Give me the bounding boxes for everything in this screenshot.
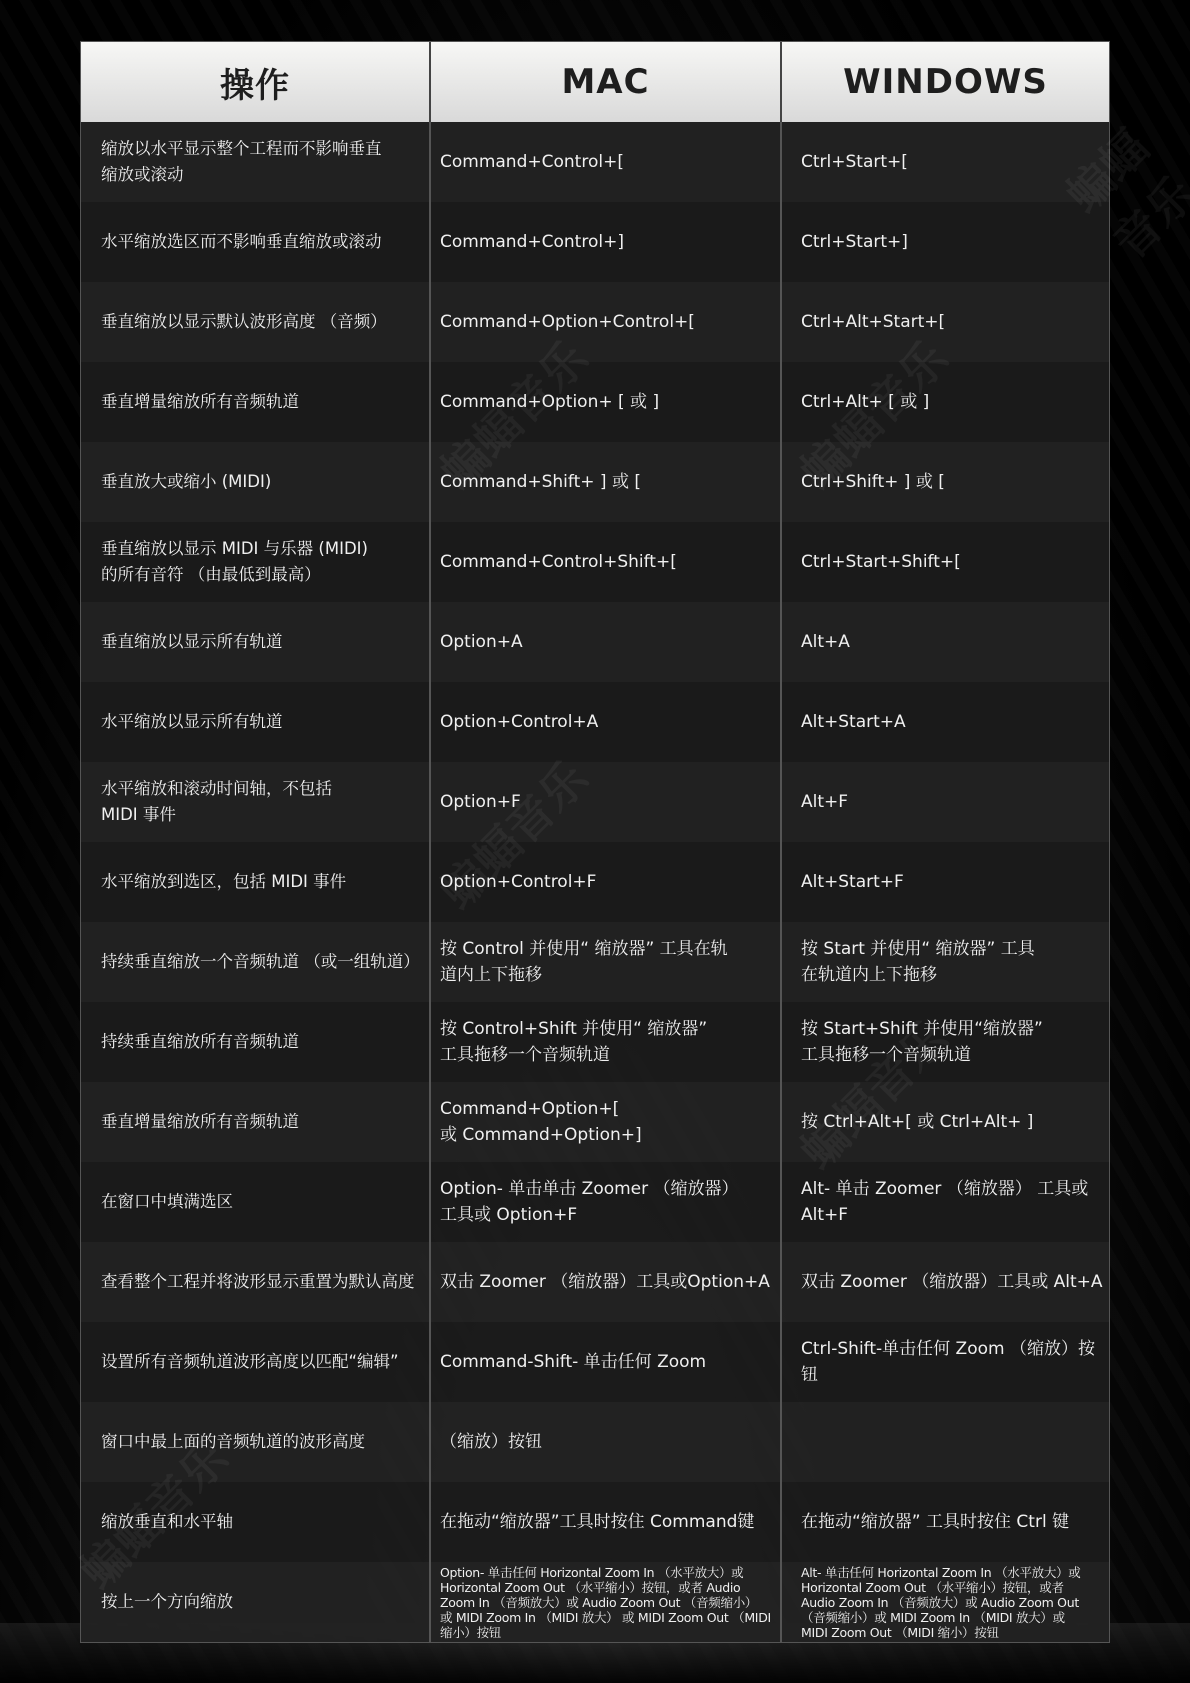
windows-shortcut-cell: Ctrl+Start+[ bbox=[780, 122, 1109, 202]
table-row: 缩放以水平显示整个工程而不影响垂直 缩放或滚动Command+Control+[… bbox=[81, 122, 1109, 202]
table-row: 持续垂直缩放所有音频轨道按 Control+Shift 并使用“ 缩放器” 工具… bbox=[81, 1002, 1109, 1082]
action-cell: 缩放垂直和水平轴 bbox=[81, 1482, 429, 1562]
windows-shortcut-cell bbox=[780, 1402, 1109, 1482]
windows-shortcut-cell: Alt+Start+A bbox=[780, 682, 1109, 762]
table-row: 持续垂直缩放一个音频轨道 （或一组轨道）按 Control 并使用“ 缩放器” … bbox=[81, 922, 1109, 1002]
mac-shortcut-cell: 在拖动“缩放器”工具时按住 Command键 bbox=[429, 1482, 780, 1562]
mac-shortcut-cell: Command+Option+[ 或 Command+Option+] bbox=[429, 1082, 780, 1162]
table-row: 缩放垂直和水平轴在拖动“缩放器”工具时按住 Command键在拖动“缩放器” 工… bbox=[81, 1482, 1109, 1562]
mac-shortcut-cell: 双击 Zoomer （缩放器）工具或Option+A bbox=[429, 1242, 780, 1322]
mac-shortcut-cell: Command+Shift+ ] 或 [ bbox=[429, 442, 780, 522]
table-row: 垂直缩放以显示默认波形高度 （音频）Command+Option+Control… bbox=[81, 282, 1109, 362]
mac-shortcut-cell: Command+Control+] bbox=[429, 202, 780, 282]
windows-shortcut-cell: Ctrl+Alt+Start+[ bbox=[780, 282, 1109, 362]
table-row: 水平缩放到选区，包括 MIDI 事件Option+Control+FAlt+St… bbox=[81, 842, 1109, 922]
action-cell: 查看整个工程并将波形显示重置为默认高度 bbox=[81, 1242, 429, 1322]
windows-shortcut-cell: Alt- 单击 Zoomer （缩放器） 工具或 Alt+F bbox=[780, 1162, 1109, 1242]
shortcut-table: 操作 MAC WINDOWS 缩放以水平显示整个工程而不影响垂直 缩放或滚动Co… bbox=[80, 41, 1110, 1643]
table-row: 设置所有音频轨道波形高度以匹配“编辑”Command-Shift- 单击任何 Z… bbox=[81, 1322, 1109, 1402]
mac-shortcut-cell: Option+Control+A bbox=[429, 682, 780, 762]
table-row: 垂直缩放以显示所有轨道Option+AAlt+A bbox=[81, 602, 1109, 682]
windows-shortcut-cell: Ctrl+Alt+ [ 或 ] bbox=[780, 362, 1109, 442]
action-cell: 垂直放大或缩小 (MIDI) bbox=[81, 442, 429, 522]
mac-shortcut-cell: Command-Shift- 单击任何 Zoom bbox=[429, 1322, 780, 1402]
action-cell: 垂直增量缩放所有音频轨道 bbox=[81, 1082, 429, 1162]
windows-shortcut-cell: Ctrl-Shift-单击任何 Zoom （缩放）按钮 bbox=[780, 1322, 1109, 1402]
header-windows: WINDOWS bbox=[780, 42, 1109, 122]
action-cell: 垂直缩放以显示 MIDI 与乐器 (MIDI) 的所有音符 （由最低到最高） bbox=[81, 522, 429, 602]
table-header: 操作 MAC WINDOWS bbox=[81, 42, 1109, 122]
table-row: 垂直放大或缩小 (MIDI)Command+Shift+ ] 或 [Ctrl+S… bbox=[81, 442, 1109, 522]
action-cell: 垂直缩放以显示默认波形高度 （音频） bbox=[81, 282, 429, 362]
mac-shortcut-cell: Option+Control+F bbox=[429, 842, 780, 922]
mac-shortcut-cell: Command+Control+Shift+[ bbox=[429, 522, 780, 602]
table-row: 在窗口中填满选区Option- 单击单击 Zoomer （缩放器） 工具或 Op… bbox=[81, 1162, 1109, 1242]
mac-shortcut-cell: Command+Option+Control+[ bbox=[429, 282, 780, 362]
action-cell: 水平缩放以显示所有轨道 bbox=[81, 682, 429, 762]
mac-shortcut-cell: Option- 单击任何 Horizontal Zoom In （水平放大）或 … bbox=[429, 1562, 780, 1642]
mac-shortcut-cell: Option+F bbox=[429, 762, 780, 842]
mac-shortcut-cell: （缩放）按钮 bbox=[429, 1402, 780, 1482]
table-row: 垂直增量缩放所有音频轨道Command+Option+[ 或 Command+O… bbox=[81, 1082, 1109, 1162]
action-cell: 水平缩放选区而不影响垂直缩放或滚动 bbox=[81, 202, 429, 282]
mac-shortcut-cell: 按 Control 并使用“ 缩放器” 工具在轨 道内上下拖移 bbox=[429, 922, 780, 1002]
table-row: 水平缩放以显示所有轨道Option+Control+AAlt+Start+A bbox=[81, 682, 1109, 762]
table-row: 水平缩放和滚动时间轴，不包括 MIDI 事件Option+FAlt+F bbox=[81, 762, 1109, 842]
mac-shortcut-cell: Command+Option+ [ 或 ] bbox=[429, 362, 780, 442]
header-mac: MAC bbox=[429, 42, 780, 122]
header-action: 操作 bbox=[81, 42, 429, 122]
action-cell: 在窗口中填满选区 bbox=[81, 1162, 429, 1242]
mac-shortcut-cell: Command+Control+[ bbox=[429, 122, 780, 202]
windows-shortcut-cell: 按 Start+Shift 并使用“缩放器” 工具拖移一个音频轨道 bbox=[780, 1002, 1109, 1082]
table-row: 按上一个方向缩放Option- 单击任何 Horizontal Zoom In … bbox=[81, 1562, 1109, 1642]
windows-shortcut-cell: Alt+Start+F bbox=[780, 842, 1109, 922]
action-cell: 水平缩放到选区，包括 MIDI 事件 bbox=[81, 842, 429, 922]
windows-shortcut-cell: Ctrl+Start+Shift+[ bbox=[780, 522, 1109, 602]
mac-shortcut-cell: 按 Control+Shift 并使用“ 缩放器” 工具拖移一个音频轨道 bbox=[429, 1002, 780, 1082]
table-row: 垂直增量缩放所有音频轨道Command+Option+ [ 或 ]Ctrl+Al… bbox=[81, 362, 1109, 442]
windows-shortcut-cell: Alt+A bbox=[780, 602, 1109, 682]
windows-shortcut-cell: 双击 Zoomer （缩放器）工具或 Alt+A bbox=[780, 1242, 1109, 1322]
windows-shortcut-cell: 按 Ctrl+Alt+[ 或 Ctrl+Alt+ ] bbox=[780, 1082, 1109, 1162]
windows-shortcut-cell: Alt+F bbox=[780, 762, 1109, 842]
action-cell: 垂直增量缩放所有音频轨道 bbox=[81, 362, 429, 442]
windows-shortcut-cell: Alt- 单击任何 Horizontal Zoom In （水平放大）或 Hor… bbox=[780, 1562, 1109, 1642]
action-cell: 水平缩放和滚动时间轴，不包括 MIDI 事件 bbox=[81, 762, 429, 842]
table-row: 垂直缩放以显示 MIDI 与乐器 (MIDI) 的所有音符 （由最低到最高）Co… bbox=[81, 522, 1109, 602]
action-cell: 设置所有音频轨道波形高度以匹配“编辑” bbox=[81, 1322, 429, 1402]
table-row: 水平缩放选区而不影响垂直缩放或滚动Command+Control+]Ctrl+S… bbox=[81, 202, 1109, 282]
windows-shortcut-cell: 在拖动“缩放器” 工具时按住 Ctrl 键 bbox=[780, 1482, 1109, 1562]
table-row: 窗口中最上面的音频轨道的波形高度（缩放）按钮 bbox=[81, 1402, 1109, 1482]
action-cell: 窗口中最上面的音频轨道的波形高度 bbox=[81, 1402, 429, 1482]
action-cell: 持续垂直缩放所有音频轨道 bbox=[81, 1002, 429, 1082]
mac-shortcut-cell: Option- 单击单击 Zoomer （缩放器） 工具或 Option+F bbox=[429, 1162, 780, 1242]
action-cell: 持续垂直缩放一个音频轨道 （或一组轨道） bbox=[81, 922, 429, 1002]
table-body: 缩放以水平显示整个工程而不影响垂直 缩放或滚动Command+Control+[… bbox=[81, 122, 1109, 1642]
action-cell: 垂直缩放以显示所有轨道 bbox=[81, 602, 429, 682]
action-cell: 按上一个方向缩放 bbox=[81, 1562, 429, 1642]
table-row: 查看整个工程并将波形显示重置为默认高度双击 Zoomer （缩放器）工具或Opt… bbox=[81, 1242, 1109, 1322]
windows-shortcut-cell: 按 Start 并使用“ 缩放器” 工具 在轨道内上下拖移 bbox=[780, 922, 1109, 1002]
action-cell: 缩放以水平显示整个工程而不影响垂直 缩放或滚动 bbox=[81, 122, 429, 202]
mac-shortcut-cell: Option+A bbox=[429, 602, 780, 682]
windows-shortcut-cell: Ctrl+Start+] bbox=[780, 202, 1109, 282]
windows-shortcut-cell: Ctrl+Shift+ ] 或 [ bbox=[780, 442, 1109, 522]
